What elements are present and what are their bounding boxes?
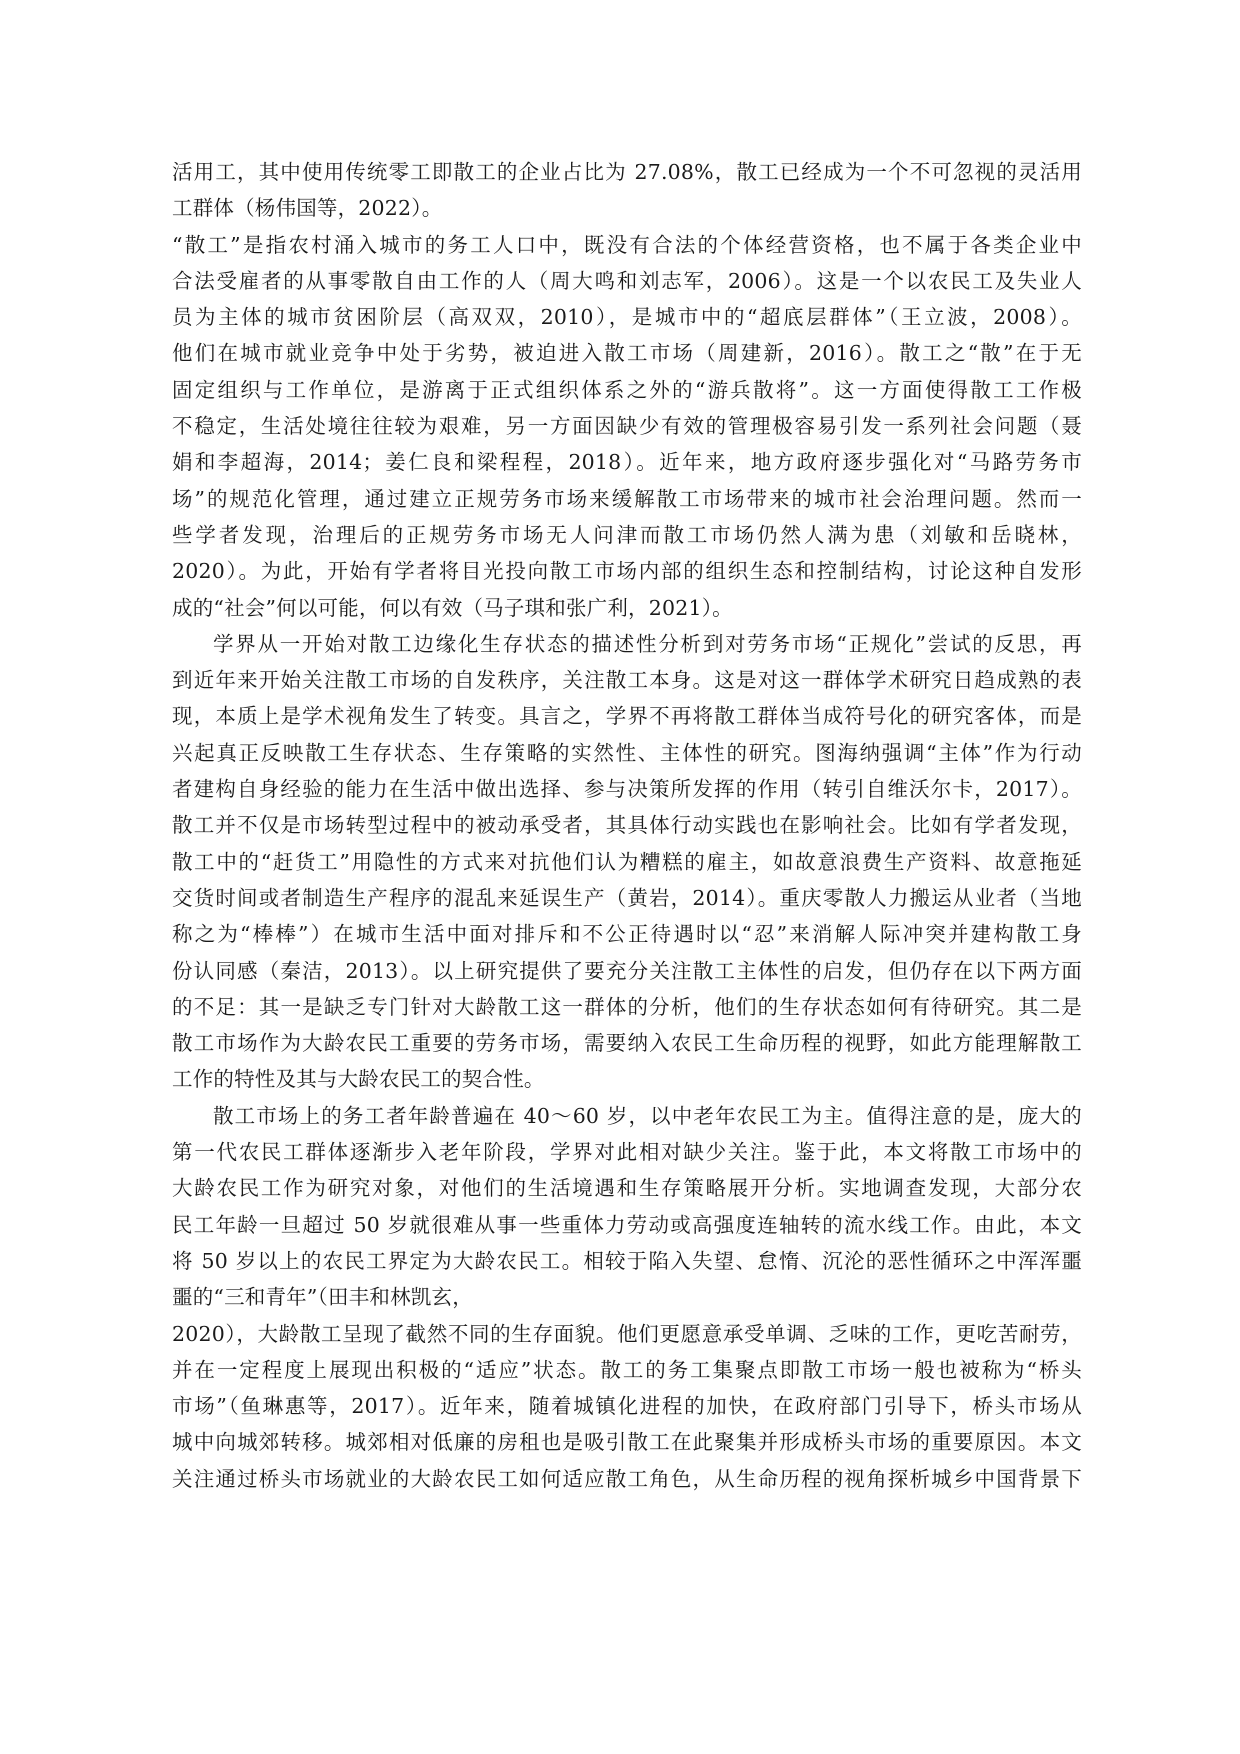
text-line: 到近年来开始关注散工市场的自发秩序，关注散工本身。这是对这一群体学术研究日趋成熟… (172, 662, 1082, 698)
text-line: 份认同感（秦洁，2013）。以上研究提供了要充分关注散工主体性的启发，但仍存在以… (172, 953, 1082, 989)
text-line: 第一代农民工群体逐渐步入老年阶段，学界对此相对缺少关注。鉴于此，本文将散工市场中… (172, 1134, 1082, 1170)
text-line: “散工”是指农村涌入城市的务工人口中，既没有合法的个体经营资格，也不属于各类企业… (172, 227, 1082, 263)
text-line: 现，本质上是学术视角发生了转变。具言之，学界不再将散工群体当成符号化的研究客体，… (172, 698, 1082, 734)
paragraph-continuation: 活用工，其中使用传统零工即散工的企业占比为 27.08%，散工已经成为一个不可忽… (172, 154, 1082, 227)
text-line: 工群体（杨伟国等，2022）。 (172, 190, 1082, 226)
text-line: 他们在城市就业竞争中处于劣势，被迫进入散工市场（周建新，2016）。散工之“散”… (172, 335, 1082, 371)
text-line: 并在一定程度上展现出积极的“适应”状态。散工的务工集聚点即散工市场一般也被称为“… (172, 1352, 1082, 1388)
text-line: 学界从一开始对散工边缘化生存状态的描述性分析到对劳务市场“正规化”尝试的反思，再 (172, 626, 1082, 662)
text-line: 场”的规范化管理，通过建立正规劳务市场来缓解散工市场带来的城市社会治理问题。然而… (172, 481, 1082, 517)
text-line: 民工年龄一旦超过 50 岁就很难从事一些重体力劳动或高强度连轴转的流水线工作。由… (172, 1207, 1082, 1243)
text-line: 噩的“三和青年”（田丰和林凯玄， (172, 1279, 1082, 1315)
text-line: 工作的特性及其与大龄农民工的契合性。 (172, 1061, 1082, 1097)
text-line: 娟和李超海，2014；姜仁良和梁程程，2018）。近年来，地方政府逐步强化对“马… (172, 444, 1082, 480)
text-line: 称之为“棒棒”）在城市生活中面对排斥和不公正待遇时以“忍”来消解人际冲突并建构散… (172, 916, 1082, 952)
paragraph-research-focus: 散工市场上的务工者年龄普遍在 40～60 岁，以中老年农民工为主。值得注意的是，… (172, 1098, 1082, 1497)
text-line: 的不足：其一是缺乏专门针对大龄散工这一群体的分析，他们的生存状态如何有待研究。其… (172, 989, 1082, 1025)
text-line: 大龄农民工作为研究对象，对他们的生活境遇和生存策略展开分析。实地调查发现，大部分… (172, 1170, 1082, 1206)
text-line: 员为主体的城市贫困阶层（高双双，2010），是城市中的“超底层群体”（王立波，2… (172, 299, 1082, 335)
text-line: 散工市场上的务工者年龄普遍在 40～60 岁，以中老年农民工为主。值得注意的是，… (172, 1098, 1082, 1134)
text-line: 些学者发现，治理后的正规劳务市场无人问津而散工市场仍然人满为患（刘敏和岳晓林， (172, 517, 1082, 553)
paragraph-definition: “散工”是指农村涌入城市的务工人口中，既没有合法的个体经营资格，也不属于各类企业… (172, 227, 1082, 626)
paragraph-literature: 学界从一开始对散工边缘化生存状态的描述性分析到对劳务市场“正规化”尝试的反思，再… (172, 626, 1082, 1098)
text-line: 城中向城郊转移。城郊相对低廉的房租也是吸引散工在此聚集并形成桥头市场的重要原因。… (172, 1424, 1082, 1460)
text-line: 散工中的“赶货工”用隐性的方式来对抗他们认为糟糕的雇主，如故意浪费生产资料、故意… (172, 844, 1082, 880)
text-line: 将 50 岁以上的农民工界定为大龄农民工。相较于陷入失望、怠惰、沉沦的恶性循环之… (172, 1243, 1082, 1279)
text-line: 兴起真正反映散工生存状态、生存策略的实然性、主体性的研究。图海纳强调“主体”作为… (172, 735, 1082, 771)
text-line: 固定组织与工作单位，是游离于正式组织体系之外的“游兵散将”。这一方面使得散工工作… (172, 372, 1082, 408)
text-line: 合法受雇者的从事零散自由工作的人（周大鸣和刘志军，2006）。这是一个以农民工及… (172, 263, 1082, 299)
text-line: 散工并不仅是市场转型过程中的被动承受者，其具体行动实践也在影响社会。比如有学者发… (172, 807, 1082, 843)
text-line: 市场”（鱼琳惠等，2017）。近年来，随着城镇化进程的加快，在政府部门引导下，桥… (172, 1388, 1082, 1424)
text-line: 者建构自身经验的能力在生活中做出选择、参与决策所发挥的作用（转引自维沃尔卡，20… (172, 771, 1082, 807)
text-line: 活用工，其中使用传统零工即散工的企业占比为 27.08%，散工已经成为一个不可忽… (172, 154, 1082, 190)
text-line: 关注通过桥头市场就业的大龄农民工如何适应散工角色，从生命历程的视角探析城乡中国背… (172, 1461, 1082, 1497)
document-page: 活用工，其中使用传统零工即散工的企业占比为 27.08%，散工已经成为一个不可忽… (0, 0, 1240, 1754)
text-line: 交货时间或者制造生产程序的混乱来延误生产（黄岩，2014）。重庆零散人力搬运从业… (172, 880, 1082, 916)
text-line: 散工市场作为大龄农民工重要的劳务市场，需要纳入农民工生命历程的视野，如此方能理解… (172, 1025, 1082, 1061)
text-line: 2020），大龄散工呈现了截然不同的生存面貌。他们更愿意承受单调、乏味的工作，更… (172, 1316, 1082, 1352)
body-text: 活用工，其中使用传统零工即散工的企业占比为 27.08%，散工已经成为一个不可忽… (172, 154, 1082, 1497)
text-line: 不稳定，生活处境往往较为艰难，另一方面因缺少有效的管理极容易引发一系列社会问题（… (172, 408, 1082, 444)
text-line: 2020）。为此，开始有学者将目光投向散工市场内部的组织生态和控制结构，讨论这种… (172, 553, 1082, 589)
text-line: 成的“社会”何以可能，何以有效（马子琪和张广利，2021）。 (172, 590, 1082, 626)
